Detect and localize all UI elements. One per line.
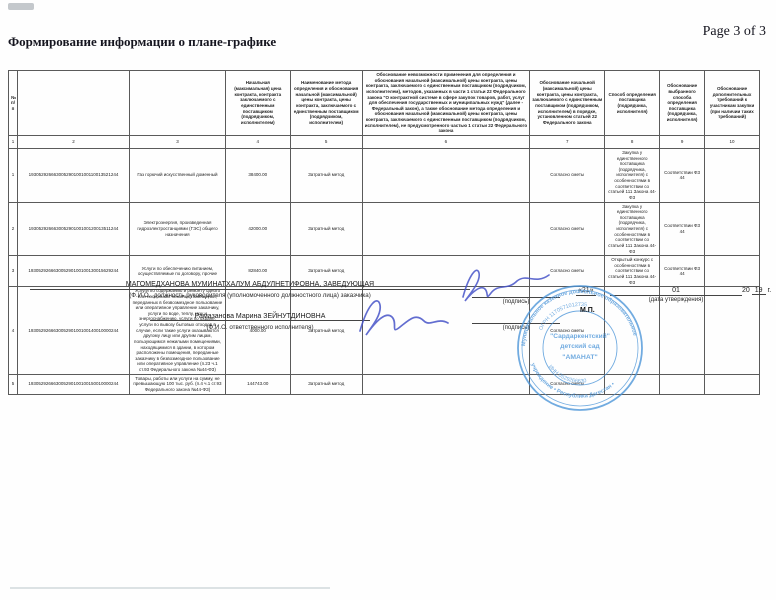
- header-method-name: Наименование метода определения и обосно…: [290, 71, 362, 136]
- method-justification-cell: Соответствии ФЗ 44: [660, 148, 705, 202]
- method-cell: Затратный метод: [290, 202, 362, 256]
- header-additional-requirements: Обоснование дополнительных требований к …: [705, 71, 760, 136]
- stamp-inn-text: ИНН 0529266630: [547, 364, 587, 385]
- column-number: 9: [660, 135, 705, 148]
- head-of-customer-name: МАГОМЕДХАНОВА МУМИНАТХАЛУМ АБДУЛНЕТИФОВН…: [30, 281, 470, 290]
- document-page: Формирование информации о плане-графике …: [0, 0, 776, 600]
- approval-year: 20 19 г.: [742, 287, 771, 294]
- header-price-justification: Обоснование начальной (максимальной) цен…: [530, 71, 605, 136]
- scan-artifact: [8, 3, 34, 10]
- row-number-cell: 2: [9, 202, 18, 256]
- procurement-method-cell: Закупка у единственного поставщика (подр…: [605, 148, 660, 202]
- year-value: 19: [752, 287, 766, 295]
- table-row: 2 193052926663005290100100120013511244 Э…: [9, 202, 760, 256]
- header-object-name: [129, 71, 225, 136]
- column-number: 6: [362, 135, 529, 148]
- price-cell: 42000.00: [226, 202, 291, 256]
- executor-name-caption: (Ф.И.О. ответственного исполнителя): [150, 324, 370, 331]
- stamp-center-line3: "АМАНАТ": [562, 354, 598, 361]
- procurement-method-cell: Закупка у единственного поставщика (подр…: [605, 202, 660, 256]
- column-numbers-row: 1 2 3 4 5 6 7 8 9 10: [9, 135, 760, 148]
- row-number-cell: 4: [9, 287, 18, 374]
- column-number: 2: [18, 135, 130, 148]
- price-cell: 38400.00: [226, 148, 291, 202]
- header-procurement-method: Способ определения поставщика (подрядчик…: [605, 71, 660, 136]
- mp-seal-placeholder: М.П.: [580, 307, 595, 314]
- method-justification-cell: Соответствии ФЗ 44: [660, 202, 705, 256]
- year-suffix: г.: [768, 287, 772, 294]
- column-number: 5: [290, 135, 362, 148]
- handwritten-signature-head: [455, 263, 565, 307]
- object-name-cell: Электроэнергия, произведенная гидроэлект…: [129, 202, 225, 256]
- method-justification-cell: [660, 374, 705, 394]
- method-cell: Затратный метод: [290, 374, 362, 394]
- table-header-row: № п/п Начальная (максимальная) цена конт…: [9, 71, 760, 136]
- justification-cell: Согласно сметы: [530, 148, 605, 202]
- column-number: 10: [705, 135, 760, 148]
- additional-requirements-cell: [705, 202, 760, 256]
- header-row-number: № п/п: [9, 71, 18, 136]
- additional-requirements-cell: [705, 374, 760, 394]
- ikz-cell: 193052926663005290100100120013511244: [18, 202, 130, 256]
- executor-name-text: Рамазанова Марина ЗЕЙНУТДИНОВНА: [150, 313, 370, 321]
- ikz-cell: 193052926663005290100100110013521244: [18, 148, 130, 202]
- price-cell: 144743.00: [226, 374, 291, 394]
- head-name-text: МАГОМЕДХАНОВА МУМИНАТХАЛУМ АБДУЛНЕТИФОВН…: [30, 281, 470, 290]
- year-prefix: 20: [742, 287, 750, 294]
- justification-cell: Согласно сметы: [530, 202, 605, 256]
- stamp-center-line2: детский сад: [560, 342, 600, 350]
- executor-name: Рамазанова Марина ЗЕЙНУТДИНОВНА: [150, 313, 370, 321]
- column-number: 7: [530, 135, 605, 148]
- row-number-cell: 1: [9, 148, 18, 202]
- column-number: 1: [9, 135, 18, 148]
- table-row: 1 193052926663005290100100110013521244 Г…: [9, 148, 760, 202]
- row-number-cell: 5: [9, 374, 18, 394]
- header-impossibility: Обоснование невозможности применения для…: [362, 71, 529, 136]
- impossibility-cell: [362, 374, 529, 394]
- handwritten-signature-executor: [350, 293, 455, 339]
- scan-artifact-line: [10, 587, 330, 589]
- header-method-justification: Обоснование выбранного способа определен…: [660, 71, 705, 136]
- page-number: Page 3 of 3: [703, 24, 766, 40]
- column-number: 3: [129, 135, 225, 148]
- additional-requirements-cell: [705, 256, 760, 287]
- method-cell: Затратный метод: [290, 148, 362, 202]
- ikz-cell: 193052926663005290100100140010000244: [18, 287, 130, 374]
- ikz-cell: 193052926663005290100100150010000244: [18, 374, 130, 394]
- method-justification-cell: Соответствии ФЗ 44: [660, 256, 705, 287]
- object-name-cell: Газ горючий искусственный доменный: [129, 148, 225, 202]
- header-initial-price: Начальная (максимальная) цена контракта,…: [226, 71, 291, 136]
- column-number: 8: [605, 135, 660, 148]
- column-number: 4: [226, 135, 291, 148]
- stamp-center-line1: "Сардаркентский": [550, 332, 610, 340]
- document-title: Формирование информации о плане-графике: [8, 34, 276, 50]
- header-ikz: [18, 71, 130, 136]
- impossibility-cell: [362, 148, 529, 202]
- impossibility-cell: [362, 202, 529, 256]
- row-number-cell: 3: [9, 256, 18, 287]
- additional-requirements-cell: [705, 148, 760, 202]
- object-name-cell: Товары, работы или услуги на сумму, не п…: [129, 374, 225, 394]
